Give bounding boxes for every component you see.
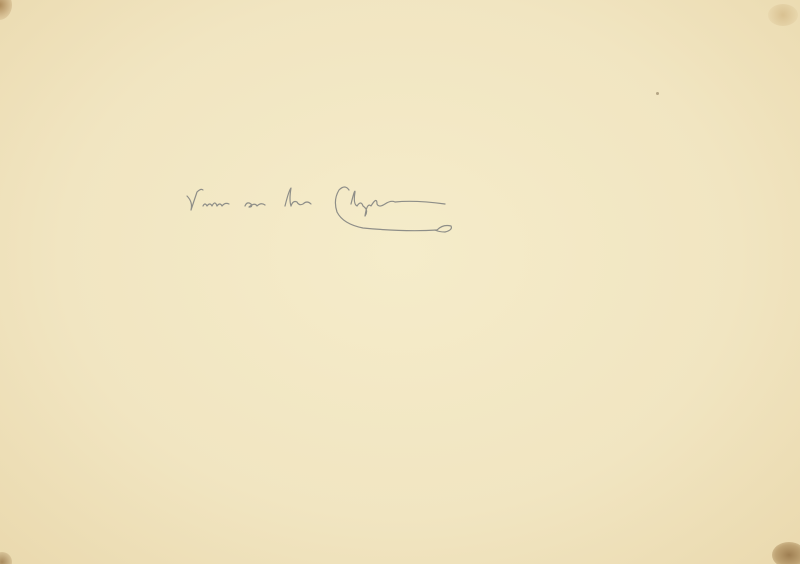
corner-stain-bottom-right <box>772 542 800 564</box>
paper-sheet: View on the Clyde <box>0 0 800 564</box>
corner-stain-top-right <box>768 4 798 26</box>
corner-stain-bottom-left <box>0 552 12 564</box>
corner-stain-top-left <box>0 0 12 20</box>
paper-speck <box>656 92 659 95</box>
handwriting-strokes <box>185 180 495 240</box>
handwritten-inscription: View on the Clyde <box>185 180 495 240</box>
